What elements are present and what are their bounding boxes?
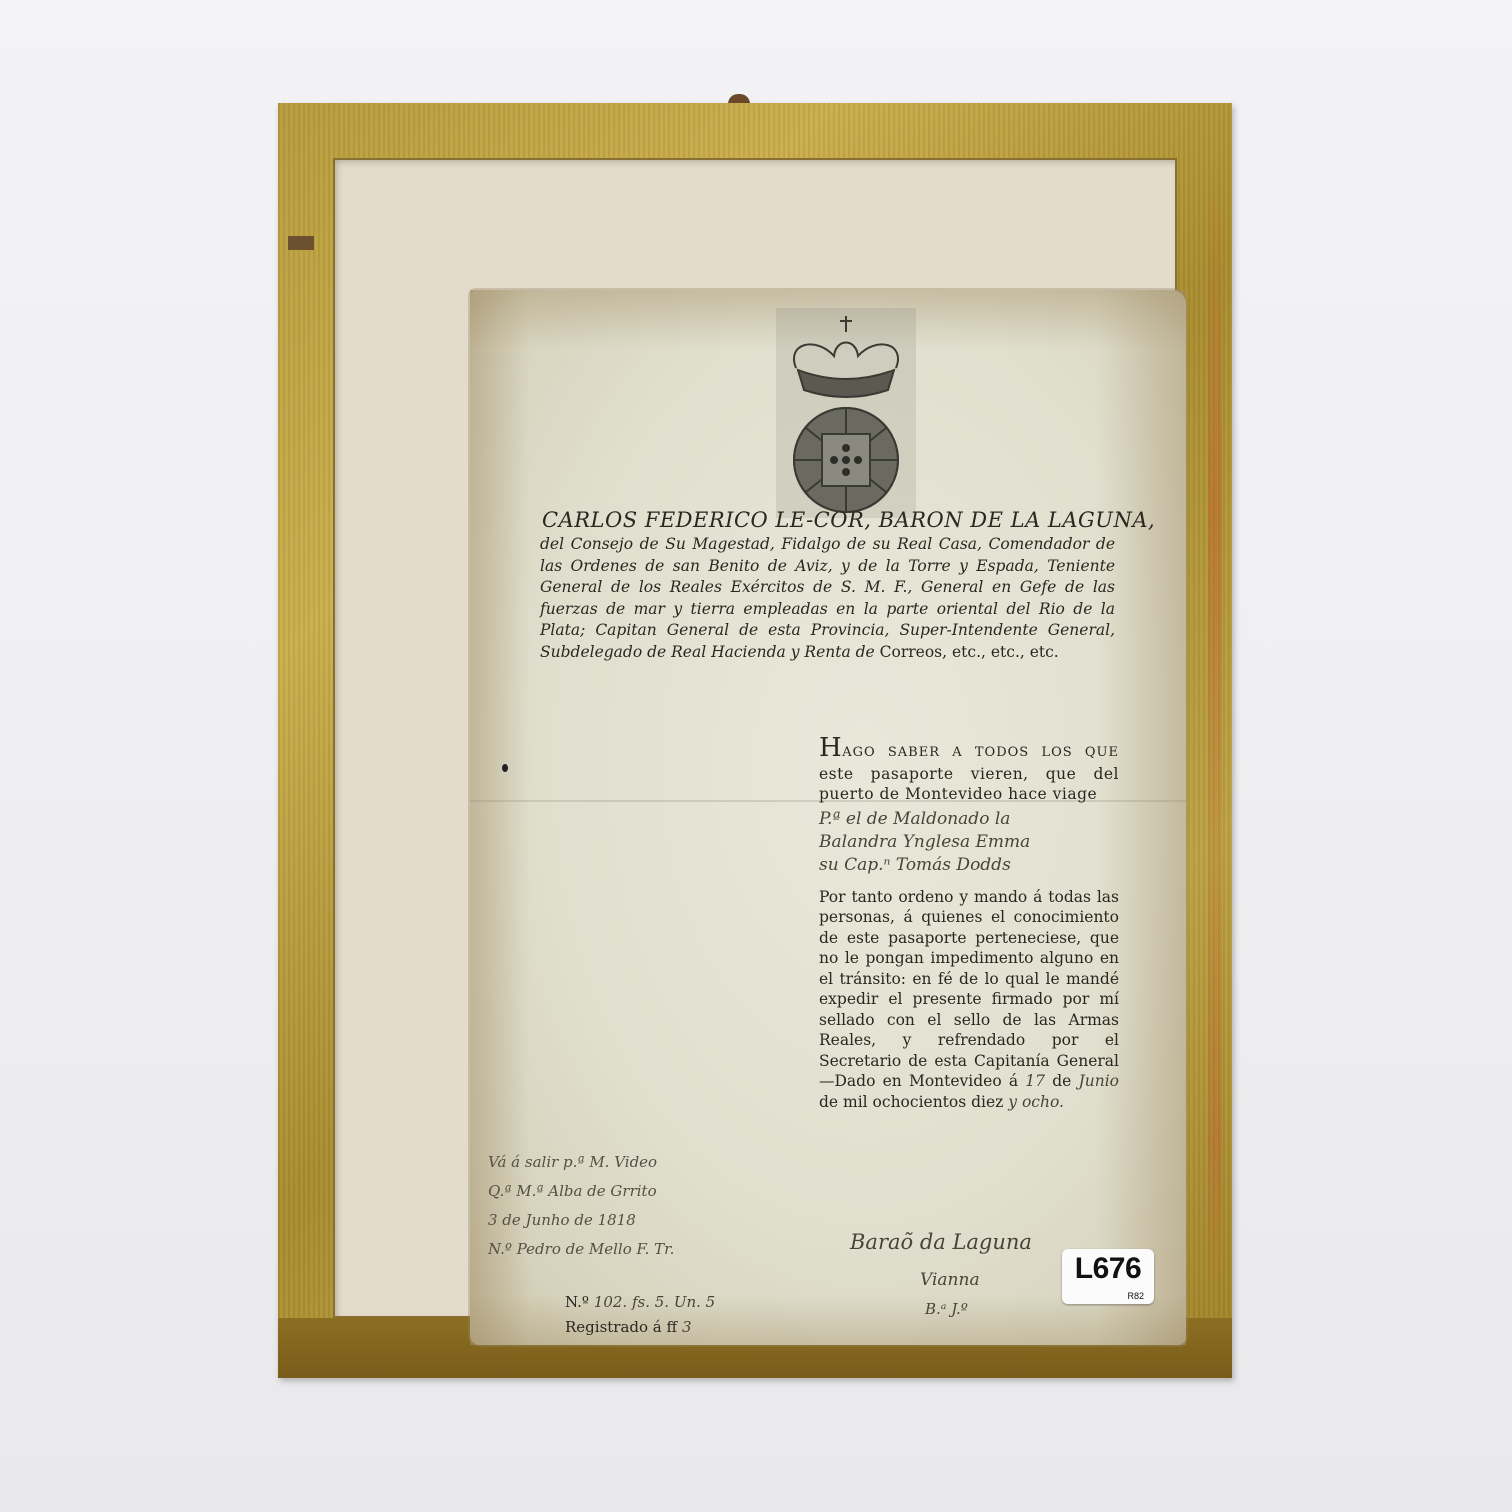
date-de: de xyxy=(1052,1072,1071,1090)
proclamation-column: HAGO SABER A TODOS LOS QUE este pasaport… xyxy=(819,738,1119,1112)
lot-label: L676 R82 xyxy=(1062,1249,1154,1304)
lot-subcode: R82 xyxy=(1127,1291,1144,1301)
margin-notes: Vá á salir p.ª M. Video Q.ª M.ª Alba de … xyxy=(488,1148,818,1264)
date-year-text: de mil ochocientos diez xyxy=(819,1093,1003,1111)
note-line: Q.ª M.ª Alba de Grrito xyxy=(488,1177,818,1206)
registered-folio-value: 3 xyxy=(682,1318,692,1336)
date-month: Junio xyxy=(1079,1072,1119,1090)
note-line: 3 de Junho de 1818 xyxy=(488,1206,818,1235)
proclamation-opening: HAGO SABER A TODOS LOS QUE este pasaport… xyxy=(819,738,1119,805)
frame-wear xyxy=(1208,163,1222,1313)
proclamation-text: este pasaporte vieren, que del puerto de… xyxy=(819,765,1119,804)
ink-dot xyxy=(502,764,508,772)
titles-end: Correos, etc., etc., etc. xyxy=(880,643,1059,661)
countersignature: Vianna xyxy=(920,1270,980,1290)
passport-document: CARLOS FEDERICO LE-COR, BARON DE LA LAGU… xyxy=(470,290,1186,1345)
lot-number: L676 xyxy=(1062,1252,1154,1286)
date-year-hand: y ocho. xyxy=(1008,1093,1064,1111)
hand-line: P.ª el de Maldonado la xyxy=(819,808,1119,831)
order-text-body: Por tanto ordeno y mando á todas las per… xyxy=(819,888,1119,1091)
register-number-value: 102. fs. 5. Un. 5 xyxy=(594,1293,715,1311)
mat-board: CARLOS FEDERICO LE-COR, BARON DE LA LAGU… xyxy=(333,158,1177,1318)
register-number-label: N.º xyxy=(565,1293,589,1311)
date-day: 17 xyxy=(1025,1072,1045,1090)
registration-block: N.º 102. fs. 5. Un. 5 Registrado á ff 3 xyxy=(565,1290,715,1340)
handwritten-destination: P.ª el de Maldonado la Balandra Ynglesa … xyxy=(819,808,1119,877)
hand-line: Balandra Ynglesa Emma xyxy=(819,831,1119,854)
registered-label: Registrado á ff xyxy=(565,1318,677,1336)
note-line: Vá á salir p.ª M. Video xyxy=(488,1148,818,1177)
smallcaps-text: AGO SABER A TODOS LOS QUE xyxy=(842,745,1119,760)
countersignature-initials: B.ᵃ J.º xyxy=(925,1300,968,1318)
drop-cap: H xyxy=(819,733,842,763)
order-text: Por tanto ordeno y mando á todas las per… xyxy=(819,887,1119,1113)
gilt-frame: CARLOS FEDERICO LE-COR, BARON DE LA LAGU… xyxy=(278,103,1232,1378)
document-titles: del Consejo de Su Magestad, Fidalgo de s… xyxy=(540,534,1115,663)
registered-folio: Registrado á ff 3 xyxy=(565,1315,715,1340)
note-line: N.º Pedro de Mello F. Tr. xyxy=(488,1235,818,1264)
royal-coat-of-arms-icon xyxy=(776,308,916,518)
register-number: N.º 102. fs. 5. Un. 5 xyxy=(565,1290,715,1315)
hand-line: su Cap.ⁿ Tomás Dodds xyxy=(819,854,1119,877)
frame-chip xyxy=(288,236,314,250)
document-heading: CARLOS FEDERICO LE-COR, BARON DE LA LAGU… xyxy=(542,508,1117,532)
